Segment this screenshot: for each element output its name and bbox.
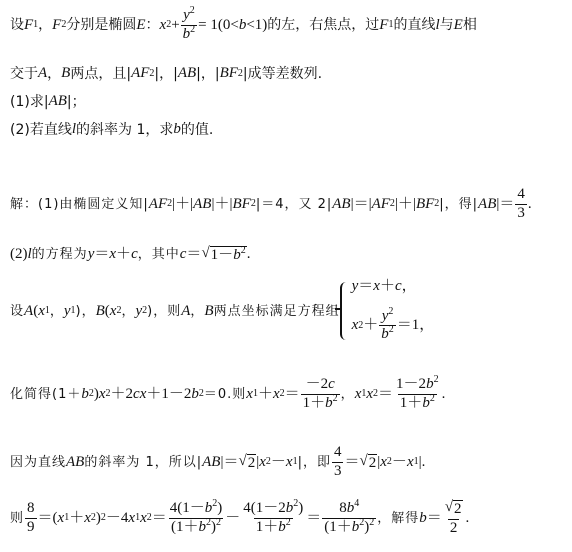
equation-system: y＝x＋c， x2＋y2b2＝1， bbox=[340, 279, 435, 343]
fraction-8-9: 89 bbox=[25, 501, 37, 536]
sqrt-2: √2 bbox=[238, 454, 256, 472]
ellipse-fraction: y2b2 bbox=[181, 8, 198, 43]
fraction-term-2: 4(1－2b2)1＋b2 bbox=[241, 501, 305, 536]
fraction-product: 1－2b21＋b2 bbox=[394, 377, 441, 412]
question-2: (2)若直线 l的斜率为 1，求 b 的值. bbox=[10, 122, 213, 137]
fraction-sum: －2c1＋b2 bbox=[301, 377, 340, 412]
question-1: (1)求|AB|； bbox=[10, 94, 86, 109]
fraction-term-1: 4(1－b2)(1＋b2)2 bbox=[168, 501, 225, 536]
problem-statement-line-2: 交于 A，B 两点，且|AF2|，|AB|，|BF2|成等差数列. bbox=[10, 66, 322, 81]
sqrt-1-minus-b2: √1－b2 bbox=[201, 246, 246, 264]
fraction-sqrt2-over-2: √22 bbox=[443, 500, 465, 536]
system-row-1: y＝x＋c， bbox=[352, 279, 435, 294]
solution-step-6: 则 89＝(x1＋x2)2－4x1x2＝ 4(1－b2)(1＋b2)2－ 4(1… bbox=[10, 500, 469, 536]
solution-step-3: 设 A(x1，y1)，B(x2，y2)，则 A，B 两点坐标满足方程组 y＝x＋… bbox=[10, 279, 434, 343]
sqrt-2: √2 bbox=[360, 454, 378, 472]
solution-step-1: 解：(1)由椭圆定义知|AF2|＋|AB|＋|BF2|＝4，又 2|AB|＝|A… bbox=[10, 187, 532, 222]
fraction-4-3: 43 bbox=[515, 187, 527, 222]
fraction-4-3: 43 bbox=[332, 445, 344, 480]
problem-statement-line-1: 设 F1，F2分别是椭圆 E：x2+ y2b2 = 1(0<b<1)的左，右焦点… bbox=[10, 8, 477, 43]
system-row-2: x2＋y2b2＝1， bbox=[352, 309, 435, 344]
solution-step-2: (2)l 的方程为 y＝x＋c，其中 c＝ √1－b2. bbox=[10, 246, 250, 264]
left-brace-icon bbox=[340, 282, 350, 340]
solution-step-5: 因为直线 AB 的斜率为 1，所以|AB|＝ √2|x2－x1|，即 43＝ √… bbox=[10, 445, 425, 480]
fraction-result: 8b4(1＋b2)2 bbox=[322, 501, 376, 536]
solution-step-4: 化简得(1＋b2)x2＋2cx＋1－2b2＝0.则 x1＋x2＝ －2c1＋b2… bbox=[10, 377, 445, 412]
